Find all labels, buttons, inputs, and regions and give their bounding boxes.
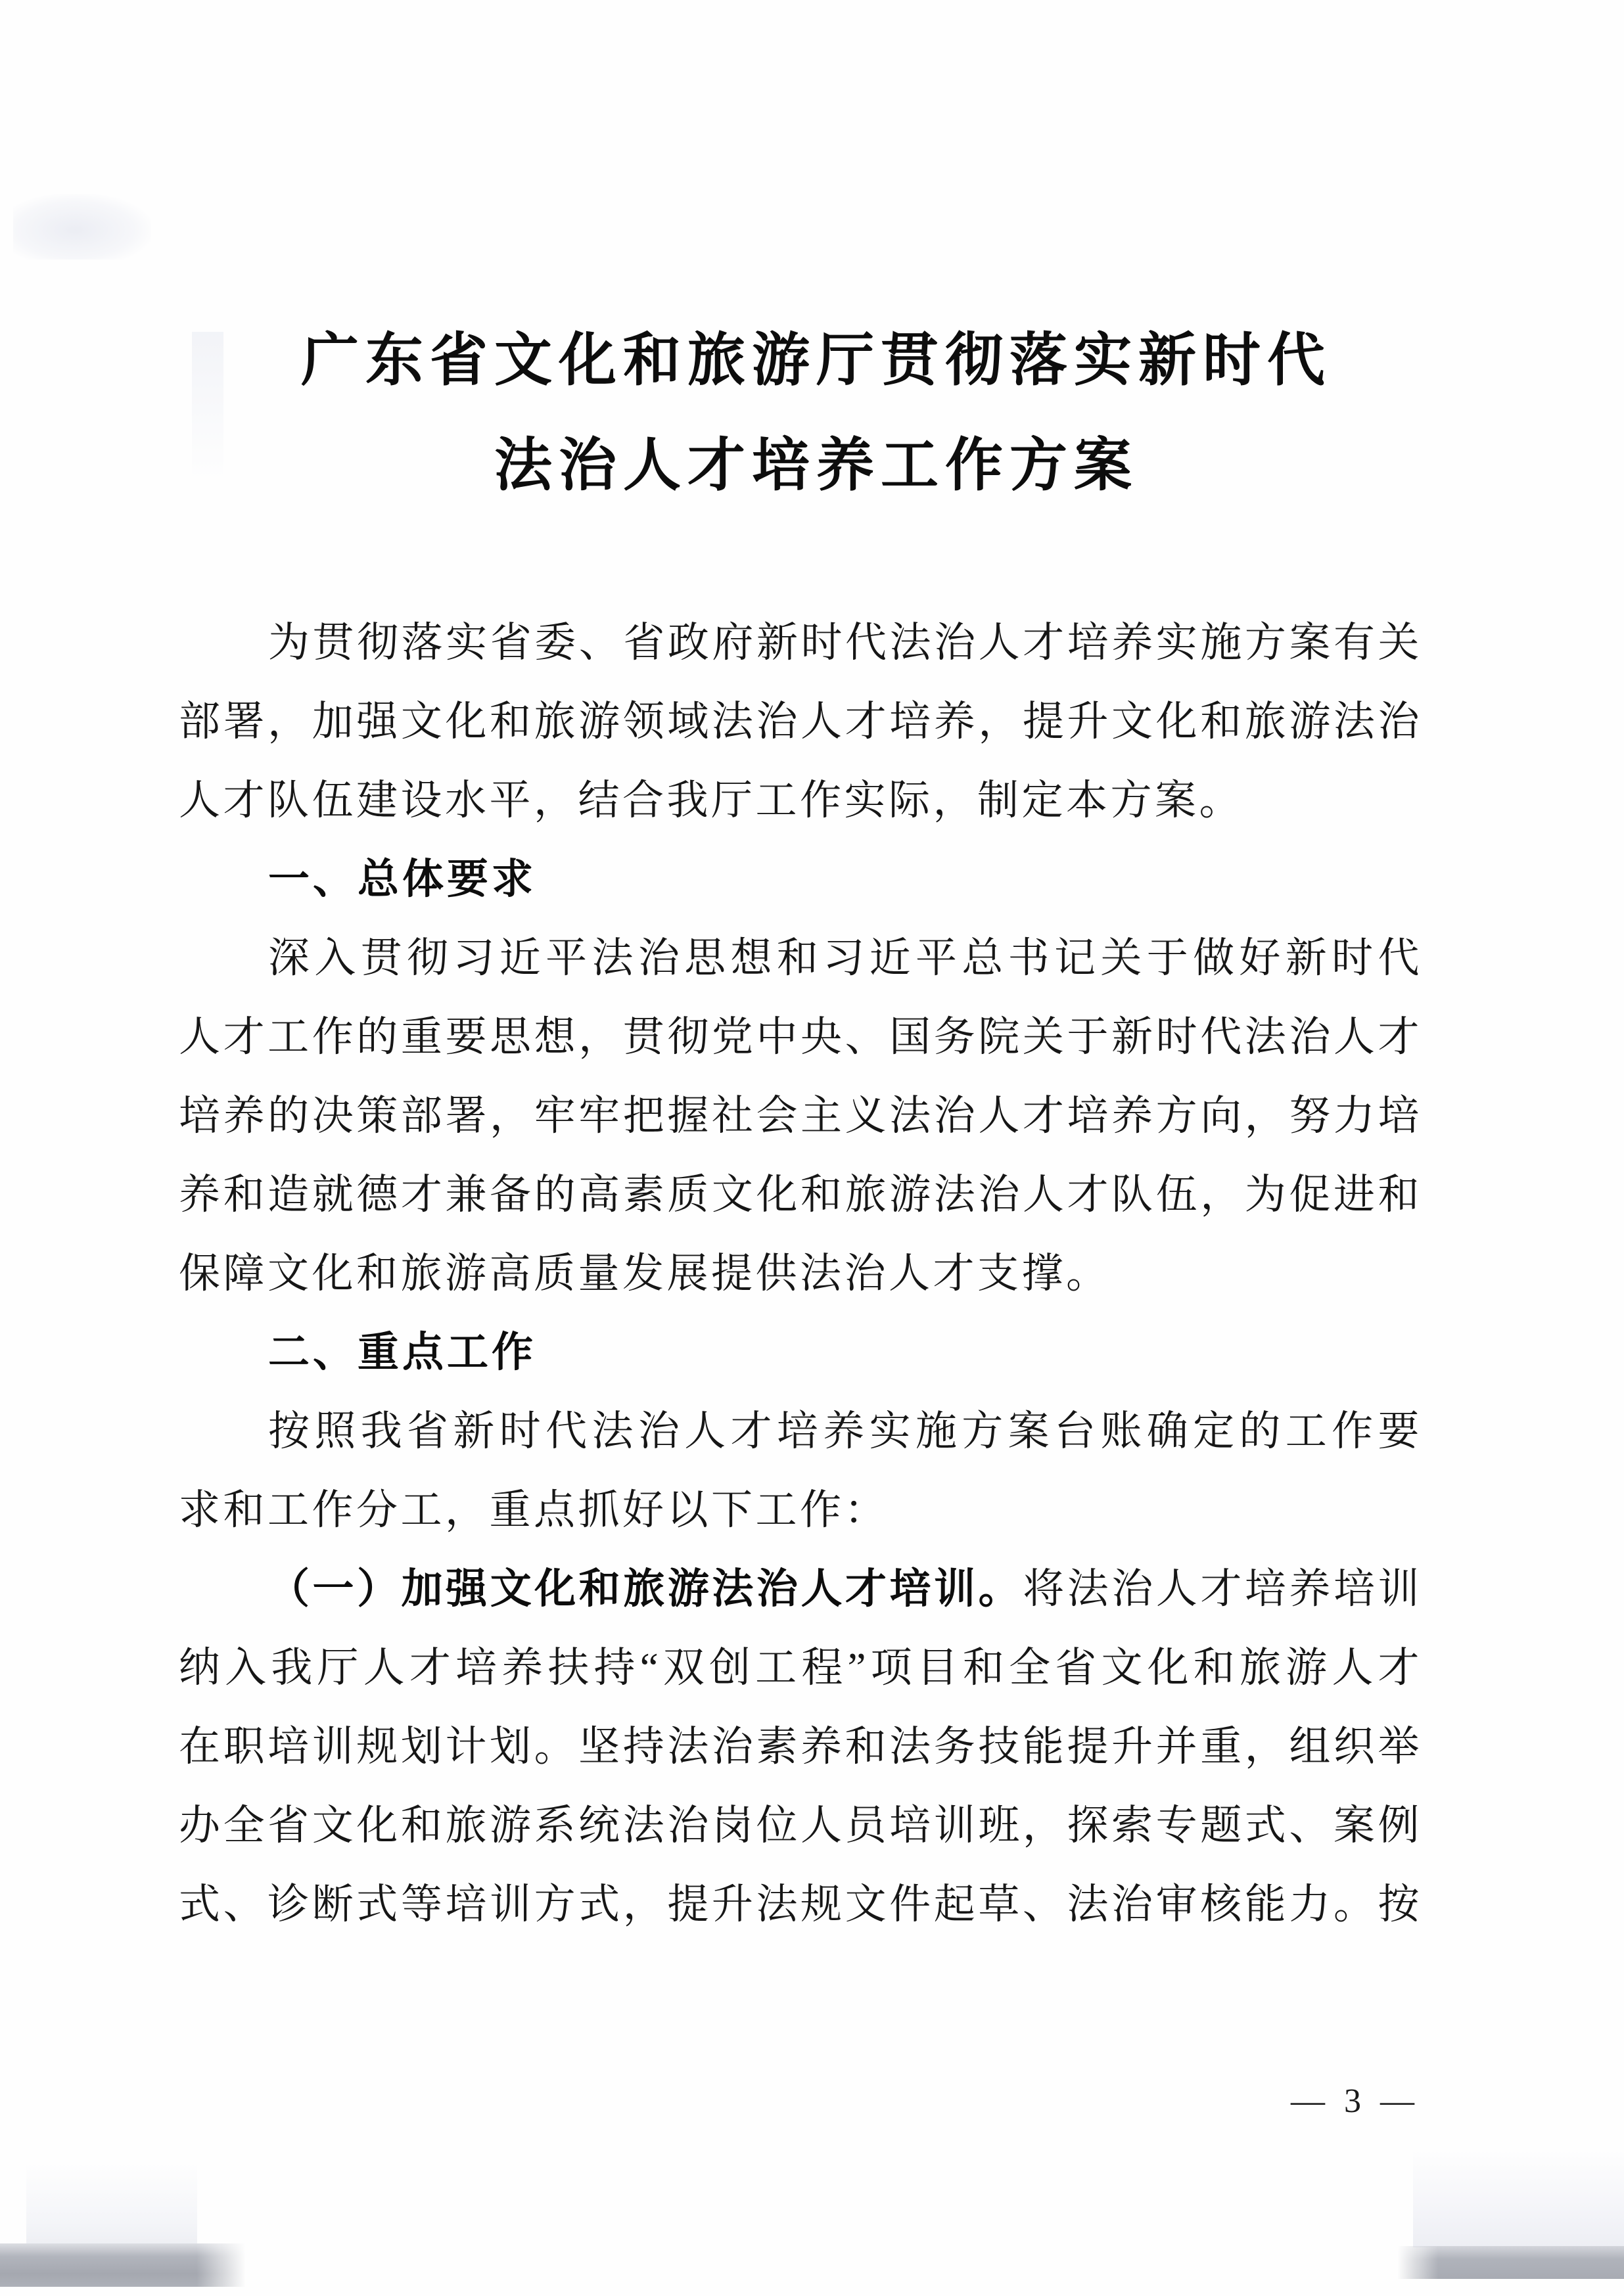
text-line: 办全省文化和旅游系统法治岗位人员培训班，探索专题式、案例 (179, 1786, 1422, 1865)
text-line: （一）加强文化和旅游法治人才培训。将法治人才培养培训 (179, 1550, 1422, 1628)
section-heading: 一、总体要求 (179, 840, 1422, 919)
scan-artifact-bottom-right-wash (1413, 2149, 1624, 2247)
document-title: 广东省文化和旅游厅贯彻落实新时代 法治人才培养工作方案 (210, 309, 1422, 519)
text-line: 在职培训规划计划。坚持法治素养和法务技能提升并重，组织举 (179, 1707, 1422, 1786)
paragraph-lead-bold: （一）加强文化和旅游法治人才培训。 (268, 1566, 1023, 1612)
document-body: 为贯彻落实省委、省政府新时代法治人才培养实施方案有关部署，加强文化和旅游领域法治… (179, 603, 1422, 1944)
scan-artifact-top-left (13, 194, 151, 260)
text-line: 人才工作的重要思想，贯彻党中央、国务院关于新时代法治人才 (179, 998, 1422, 1076)
text-line: 保障文化和旅游高质量发展提供法治人才支撑。 (179, 1234, 1422, 1313)
text-line: 求和工作分工，重点抓好以下工作： (179, 1471, 1422, 1550)
text-line: 人才队伍建设水平，结合我厅工作实际，制定本方案。 (179, 761, 1422, 840)
text-line: 为贯彻落实省委、省政府新时代法治人才培养实施方案有关 (179, 603, 1422, 682)
text-line: 按照我省新时代法治人才培养实施方案台账确定的工作要 (179, 1392, 1422, 1471)
page-number: — 3 — (1291, 2082, 1420, 2121)
document-title-line-2: 法治人才培养工作方案 (210, 414, 1422, 519)
section-heading: 二、重点工作 (179, 1313, 1422, 1392)
scan-artifact-bottom-left-shadow (0, 2243, 246, 2287)
text-line: 养和造就德才兼备的高素质文化和旅游法治人才队伍，为促进和 (179, 1155, 1422, 1234)
scan-artifact-bottom-left-wash (26, 2162, 197, 2247)
text-line: 培养的决策部署，牢牢把握社会主义法治人才培养方向，努力培 (179, 1076, 1422, 1155)
text-line: 纳入我厅人才培养扶持“双创工程”项目和全省文化和旅游人才 (179, 1628, 1422, 1707)
document-page: 广东省文化和旅游厅贯彻落实新时代 法治人才培养工作方案 为贯彻落实省委、省政府新… (0, 0, 1624, 2296)
text-line: 深入贯彻习近平法治思想和习近平总书记关于做好新时代 (179, 919, 1422, 998)
document-title-line-1: 广东省文化和旅游厅贯彻落实新时代 (210, 309, 1422, 414)
text-line: 部署，加强文化和旅游领域法治人才培养，提升文化和旅游法治 (179, 682, 1422, 761)
text-line: 式、诊断式等培训方式，提升法规文件起草、法治审核能力。按 (179, 1865, 1422, 1944)
scan-artifact-bottom-right-shadow (1397, 2246, 1624, 2279)
